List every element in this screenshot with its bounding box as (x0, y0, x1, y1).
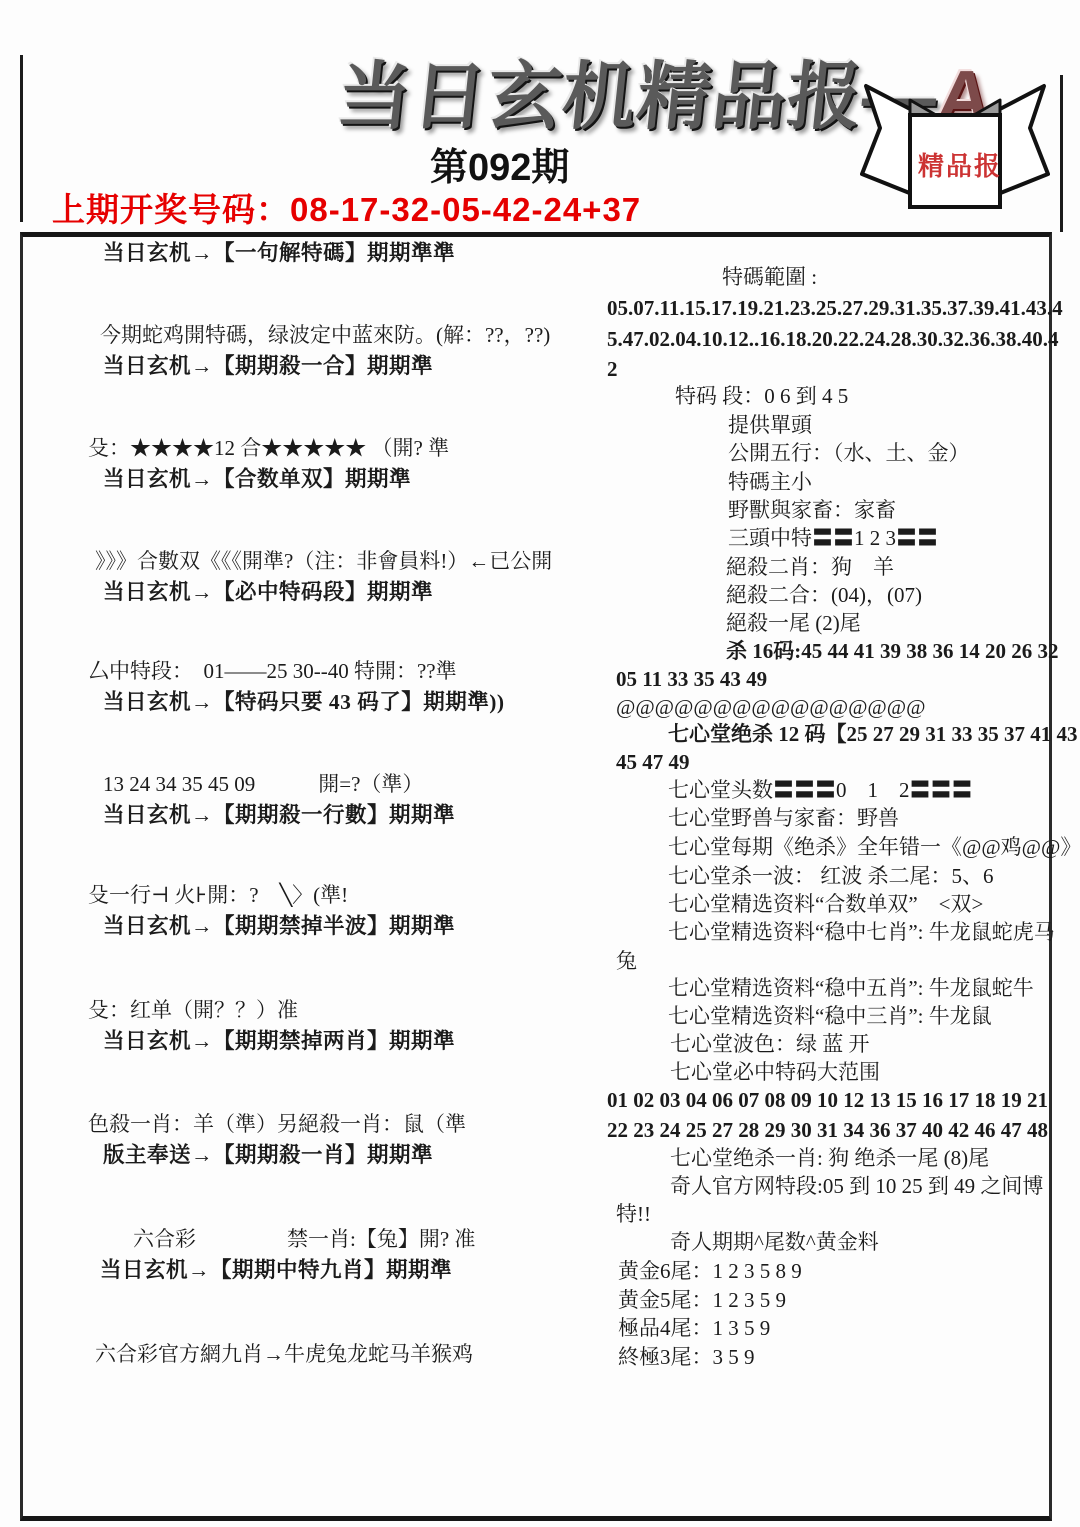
masthead-title-main: 当日玄机精品报— (333, 55, 942, 138)
right-line: 01 02 03 04 06 07 08 09 10 12 13 15 16 1… (607, 1088, 1048, 1113)
left-line: 当日玄机→【一句解特碼】期期準準 (103, 241, 455, 267)
right-line: 終極3尾：3 5 9 (618, 1345, 755, 1370)
right-line: 三頭中特〓〓1 2 3〓〓 (728, 526, 938, 551)
right-line: 特碼範圍 : (722, 265, 817, 290)
right-line: 公開五行：（水、土、金） (728, 441, 970, 466)
right-line: 七心堂绝杀 12 码【25 27 29 31 33 35 37 41 43 (668, 722, 1078, 747)
right-line: 絕殺二合：(04)，(07) (726, 583, 922, 608)
right-line: 七心堂精选资料“合数单双” <双> (668, 892, 983, 917)
right-line: 提供單頭 (728, 413, 812, 438)
newspaper-page: 当日玄机精品报—A 第092期 上期开奖号码：08-17-32-05-42-24… (0, 0, 1080, 1527)
left-line: 当日玄机→【期期殺一合】期期準 (103, 354, 433, 380)
left-line: 当日玄机→【合数单双】期期準 (103, 467, 411, 493)
right-line: 奇人期期^尾数^黄金料 (670, 1230, 879, 1255)
ribbon-label: 精品报 (902, 146, 1018, 183)
left-line: 当日玄机→【期期禁掉半波】期期準 (103, 914, 455, 940)
left-line: 厶中特段： 01——25 30--40 特開：??準 (88, 659, 457, 684)
right-line: 奇人官方网特段:05 到 10 25 到 49 之间博 (670, 1174, 1043, 1199)
left-line: 版主奉送→【期期殺一肖】期期準 (103, 1143, 433, 1169)
right-line: 05.07.11.15.17.19.21.23.25.27.29.31.35.3… (607, 296, 1063, 321)
left-line: 殳一行⊣ 火⊦開：? ╲〉(準! (88, 883, 348, 908)
right-line: 杀 16码:45 44 41 39 38 36 14 20 26 32 (726, 639, 1059, 664)
right-line: 七心堂精选资料“稳中三肖”: 牛龙鼠 (668, 1004, 992, 1029)
right-line: 2 (607, 357, 618, 382)
left-line: 当日玄机→【期期中特九肖】期期準 (100, 1258, 452, 1284)
right-line: 七心堂必中特码大范围 (670, 1060, 880, 1085)
left-line: 殳：红单（開？？）准 (88, 998, 298, 1023)
last-draw-result: 上期开奖号码：08-17-32-05-42-24+37 (52, 184, 641, 231)
right-line: 七心堂头数〓〓〓0 1 2〓〓〓 (668, 778, 973, 803)
right-line: 絕殺一尾 (2)尾 (726, 611, 861, 636)
right-line: 45 47 49 (616, 750, 690, 775)
header-right-rule (1060, 75, 1063, 232)
issue-number: 第092期 (430, 136, 569, 191)
right-line: 5.47.02.04.10.12..16.18.20.22.24.28.30.3… (607, 327, 1059, 352)
right-line: 黄金5尾：1 2 3 5 9 (618, 1288, 786, 1313)
right-line: 兔 (616, 949, 637, 974)
right-line: 七心堂野兽与家畜：野兽 (668, 806, 899, 831)
right-line: 特码 段：0 6 到 4 5 (675, 384, 848, 409)
left-line: 》》》合數双《《《開準?（注：非會員料!）←已公開 (95, 549, 552, 574)
left-line: 今期蛇鸡開特碼，绿波定中蓝來防。(解：??，??) (100, 323, 550, 348)
right-line: 特碼主小 (728, 470, 812, 495)
right-line: 七心堂杀一波： 红波 杀二尾：5、6 (668, 864, 994, 889)
right-line: 野獸與家畜：家畜 (728, 498, 896, 523)
right-line: @@@@@@@@@@@@@@@@ (616, 695, 925, 720)
left-line: 13 24 34 35 45 09 開=?（準） (103, 772, 423, 797)
right-line: 絕殺二肖：狗 羊 (726, 555, 894, 580)
right-line: 七心堂绝杀一肖: 狗 绝杀一尾 (8)尾 (670, 1146, 989, 1171)
right-line: 七心堂波色：绿 蓝 开 (670, 1032, 870, 1057)
header-left-rule (20, 55, 23, 222)
left-line: 色殺一肖：羊（準）另絕殺一肖：鼠（準 (88, 1112, 466, 1137)
left-line: 当日玄机→【期期殺一行數】期期準 (103, 803, 455, 829)
right-line: 黄金6尾：1 2 3 5 8 9 (618, 1259, 802, 1284)
right-line: 特!! (616, 1202, 651, 1227)
right-line: 極品4尾：1 3 5 9 (618, 1316, 770, 1341)
left-line: 六合彩 (133, 1227, 196, 1252)
right-line: 七心堂每期《绝杀》全年错一《@@鸡@@》 (668, 835, 1080, 860)
left-line: 殳：★★★★12 合★★★★★ （開? 準 (88, 436, 449, 461)
right-line: 七心堂精选资料“稳中五肖”: 牛龙鼠蛇牛 (668, 976, 1034, 1001)
left-line: 当日玄机→【必中特码段】期期準 (103, 580, 433, 606)
left-line: 六合彩官方網九肖→牛虎兔龙蛇马羊猴鸡 (95, 1342, 473, 1367)
left-line: 禁一肖:【兔】開? 准 (287, 1227, 475, 1252)
left-line: 当日玄机→【特码只要 43 码了】期期準)) (103, 690, 505, 716)
right-line: 22 23 24 25 27 28 29 30 31 34 36 37 40 4… (607, 1118, 1048, 1143)
right-line: 05 11 33 35 43 49 (616, 667, 767, 692)
right-line: 七心堂精选资料“稳中七肖”: 牛龙鼠蛇虎马 (668, 920, 1055, 945)
left-line: 当日玄机→【期期禁掉两肖】期期準 (103, 1029, 455, 1055)
